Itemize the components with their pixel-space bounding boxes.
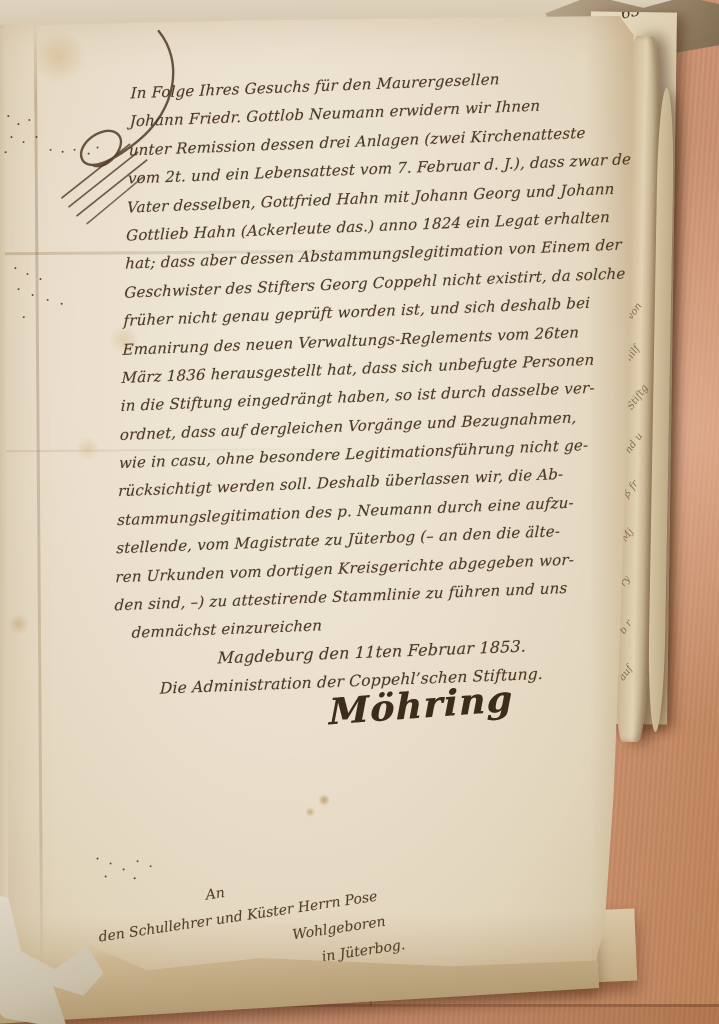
handwriting-fragment: Stiftg bbox=[625, 383, 651, 412]
photo-scene: 63 94. von hilf Stiftg nd u ß fr Mj ry b… bbox=[0, 0, 719, 1024]
signature: Möhring bbox=[329, 684, 514, 726]
letter-page: In Folge Ihres Gesuchs für den Maurerges… bbox=[1, 16, 642, 972]
letter-body: In Folge Ihres Gesuchs für den Maurerges… bbox=[110, 60, 625, 738]
handwriting-fragment: auf bbox=[617, 664, 635, 683]
